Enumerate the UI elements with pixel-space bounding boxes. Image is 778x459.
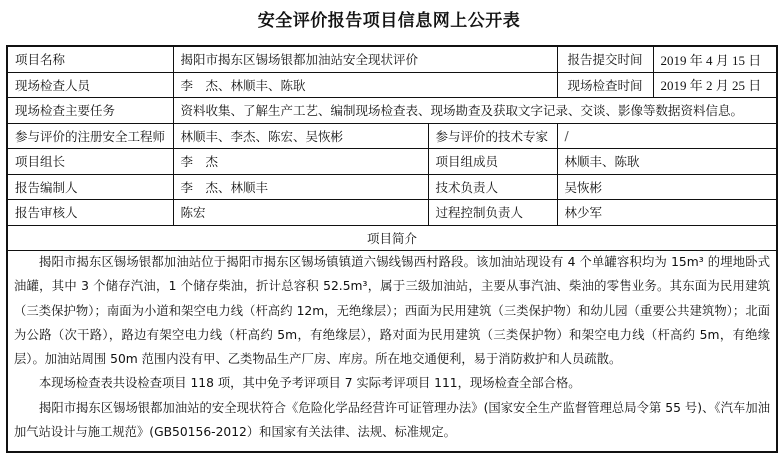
project-info-table: 项目名称 揭阳市揭东区锡场银都加油站安全现状评价 报告提交时间 2019 年 4… — [6, 45, 778, 251]
row-inspectors: 现场检查人员 李 杰、林顺丰、陈耿 现场检查时间 2019 年 2 月 25 日 — [7, 72, 777, 98]
summary-paragraph-conclusion: 揭阳市揭东区锡场银都加油站的安全现状符合《危险化学品经营许可证管理办法》(国家安… — [8, 396, 776, 445]
tech-lead-label: 技术负责人 — [428, 174, 557, 200]
row-leader: 项目组长 李 杰 项目组成员 林顺丰、陈耿 — [7, 149, 777, 175]
experts-value: / — [557, 123, 777, 149]
process-control-value: 林少军 — [557, 200, 777, 226]
members-value: 林顺丰、陈耿 — [557, 149, 777, 175]
main-tasks-label: 现场检查主要任务 — [7, 98, 173, 124]
compiler-value: 李 杰、林顺丰 — [173, 174, 428, 200]
leader-label: 项目组长 — [7, 149, 173, 175]
row-engineers: 参与评价的注册安全工程师 林顺丰、李杰、陈宏、吴恢彬 参与评价的技术专家 / — [7, 123, 777, 149]
reviewer-value: 陈宏 — [173, 200, 428, 226]
inspection-time-label: 现场检查时间 — [557, 72, 653, 98]
reviewer-label: 报告审核人 — [7, 200, 173, 226]
project-name-value: 揭阳市揭东区锡场银都加油站安全现状评价 — [173, 46, 557, 72]
experts-label: 参与评价的技术专家 — [428, 123, 557, 149]
project-name-label: 项目名称 — [7, 46, 173, 72]
main-tasks-value: 资料收集、了解生产工艺、编制现场检查表、现场勘查及获取文字记录、交谈、影像等数据… — [173, 98, 777, 124]
inspectors-label: 现场检查人员 — [7, 72, 173, 98]
submit-time-value: 2019 年 4 月 15 日 — [653, 46, 777, 72]
inspectors-value: 李 杰、林顺丰、陈耿 — [173, 72, 557, 98]
row-reviewer: 报告审核人 陈宏 过程控制负责人 林少军 — [7, 200, 777, 226]
tech-lead-value: 吴恢彬 — [557, 174, 777, 200]
summary-paragraph-overview: 揭阳市揭东区锡场银都加油站位于揭阳市揭东区锡场镇镇道六锡线锡西村路段。该加油站现… — [8, 250, 776, 371]
row-compiler: 报告编制人 李 杰、林顺丰 技术负责人 吴恢彬 — [7, 174, 777, 200]
row-main-tasks: 现场检查主要任务 资料收集、了解生产工艺、编制现场检查表、现场勘查及获取文字记录… — [7, 98, 777, 124]
row-summary-heading: 项目简介 — [7, 225, 777, 251]
leader-value: 李 杰 — [173, 149, 428, 175]
row-project-name: 项目名称 揭阳市揭东区锡场银都加油站安全现状评价 报告提交时间 2019 年 4… — [7, 46, 777, 72]
submit-time-label: 报告提交时间 — [557, 46, 653, 72]
inspection-time-value: 2019 年 2 月 25 日 — [653, 72, 777, 98]
engineers-value: 林顺丰、李杰、陈宏、吴恢彬 — [173, 123, 428, 149]
process-control-label: 过程控制负责人 — [428, 200, 557, 226]
summary-paragraph-inspection: 本现场检查表共设检查项目 118 项，其中免予考评项目 7 实际考评项目 111… — [8, 371, 776, 395]
summary-heading: 项目简介 — [7, 225, 777, 251]
project-summary: 揭阳市揭东区锡场银都加油站位于揭阳市揭东区锡场镇镇道六锡线锡西村路段。该加油站现… — [6, 250, 778, 453]
engineers-label: 参与评价的注册安全工程师 — [7, 123, 173, 149]
compiler-label: 报告编制人 — [7, 174, 173, 200]
page-title: 安全评价报告项目信息网上公开表 — [0, 6, 778, 31]
members-label: 项目组成员 — [428, 149, 557, 175]
